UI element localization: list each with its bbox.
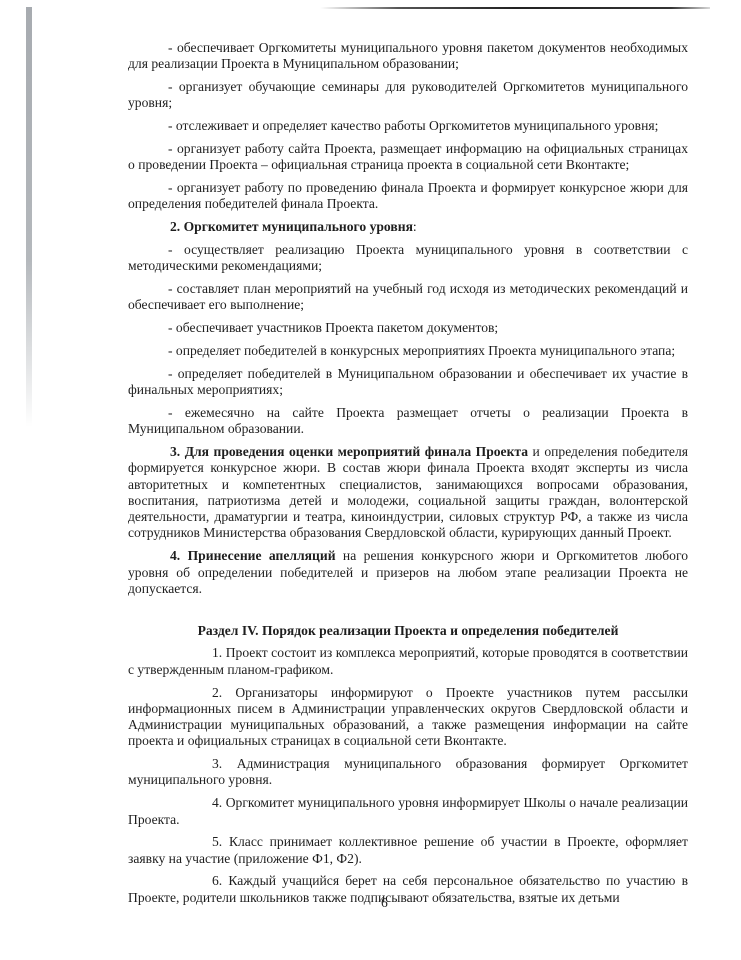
item-number: 2. xyxy=(170,685,222,701)
numbered-item: 1. Проект состоит из комплекса мероприят… xyxy=(128,645,688,678)
scan-top-line xyxy=(320,7,710,9)
page-number: 6 xyxy=(381,895,388,911)
item-number: 5. xyxy=(170,834,222,850)
list-item: - определяет победителей в Муниципальном… xyxy=(128,366,688,399)
document-page: - обеспечивает Оргкомитеты муниципальног… xyxy=(128,40,688,913)
section-2-title-tail: : xyxy=(413,219,417,234)
list-item: - организует обучающие семинары для руко… xyxy=(128,79,688,112)
list-item: - составляет план мероприятий на учебный… xyxy=(128,281,688,314)
item-number: 3. xyxy=(170,756,222,772)
numbered-item: 5. Класс принимает коллективное решение … xyxy=(128,834,688,867)
section-4-paragraph: 4. Принесение апелляций на решения конку… xyxy=(128,548,688,597)
section-4-bold: 4. Принесение апелляций xyxy=(170,548,336,563)
list-item: - отслеживает и определяет качество рабо… xyxy=(128,118,688,134)
section-2-title-bold: 2. Оргкомитет муниципального уровня xyxy=(170,219,413,234)
item-number: 4. xyxy=(170,795,222,811)
numbered-item: 3. Администрация муниципального образова… xyxy=(128,756,688,789)
numbered-item: 4. Оргкомитет муниципального уровня инфо… xyxy=(128,795,688,828)
section-3-bold: 3. Для проведения оценки мероприятий фин… xyxy=(170,444,528,459)
chapter-heading: Раздел IV. Порядок реализации Проекта и … xyxy=(128,623,688,639)
numbered-item: 2. Организаторы информируют о Проекте уч… xyxy=(128,685,688,750)
list-item: - осуществляет реализацию Проекта муници… xyxy=(128,242,688,275)
list-item: - организует работу по проведению финала… xyxy=(128,180,688,213)
list-item: - организует работу сайта Проекта, разме… xyxy=(128,141,688,174)
list-item: - обеспечивает Оргкомитеты муниципальног… xyxy=(128,40,688,73)
scan-edge-shadow xyxy=(26,7,32,427)
list-item: - обеспечивает участников Проекта пакето… xyxy=(128,320,688,336)
list-item: - ежемесячно на сайте Проекта размещает … xyxy=(128,405,688,438)
list-item: - определяет победителей в конкурсных ме… xyxy=(128,343,688,359)
section-2-title: 2. Оргкомитет муниципального уровня: xyxy=(128,219,688,235)
section-3-paragraph: 3. Для проведения оценки мероприятий фин… xyxy=(128,444,688,542)
item-number: 6. xyxy=(170,873,222,889)
item-number: 1. xyxy=(170,645,222,661)
numbered-item: 6. Каждый учащийся берет на себя персона… xyxy=(128,873,688,906)
